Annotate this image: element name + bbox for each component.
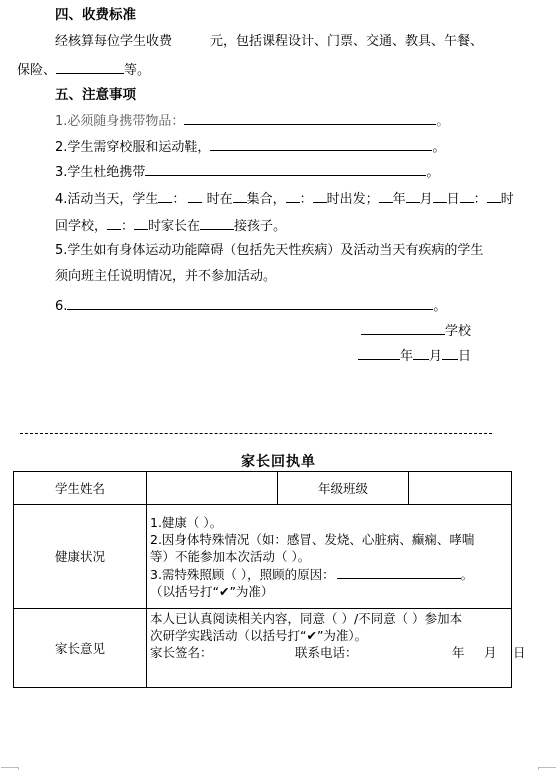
fees-text-c: 保险、: [17, 63, 56, 78]
health-option-2-line2: 等）不能参加本次活动（ ）。: [150, 548, 508, 565]
fees-text-line1: 经核算每位学生收费元，包括课程设计、门票、交通、教具、午餐、: [55, 33, 483, 51]
note-item-4-line2: 回学校，：时家长在接孩子。: [55, 216, 286, 236]
note-item-5-line2: 须向班主任说明情况，并不参加活动。: [55, 268, 276, 286]
fees-text-d: 等。: [124, 63, 150, 78]
parent-receipt-table: 学生姓名 年级班级 健康状况 1.健康（ ）。 2.因身体特殊情况（如：感冒、发…: [13, 471, 512, 688]
note-item-6: 6.。: [55, 296, 446, 316]
text: 月: [420, 192, 433, 207]
text: 集合，: [247, 192, 286, 207]
school-signature: 学校: [361, 321, 471, 341]
text: 时出发；: [327, 192, 379, 207]
health-option-3: 3.需特殊照顾（ ），照顾的原因：。: [150, 565, 508, 583]
return-month-blank[interactable]: [406, 189, 420, 203]
fees-text-line2: 保险、等。: [17, 60, 150, 80]
text: 时: [501, 192, 514, 207]
class-label: 年级班级: [278, 472, 409, 505]
note-item-3-label: 3.学生杜绝携带: [55, 165, 145, 180]
prohibited-items-blank[interactable]: [145, 162, 426, 176]
period: 。: [426, 165, 439, 180]
health-option-2-line1[interactable]: 2.因身体特殊情况（如：感冒、发烧、心脏病、癫痫、哮喘: [150, 531, 508, 548]
gather-minute-blank[interactable]: [188, 189, 202, 203]
parent-signature-label[interactable]: 家长签名：: [150, 644, 213, 661]
school-name-blank[interactable]: [361, 321, 445, 335]
period: 。: [432, 140, 445, 155]
text: 时在: [207, 192, 233, 207]
date-year: 年: [452, 644, 465, 661]
table-row: 健康状况 1.健康（ ）。 2.因身体特殊情况（如：感冒、发烧、心脏病、癫痫、哮…: [14, 505, 512, 609]
depart-hour-blank[interactable]: [286, 189, 300, 203]
text: 日: [458, 349, 471, 364]
sign-year-blank[interactable]: [358, 346, 400, 360]
pickup-place-blank[interactable]: [200, 216, 234, 230]
opinion-content: 本人已认真阅读相关内容，同意（ ）/不同意（ ）参加本 次研学实践活动（以括号打…: [147, 609, 512, 688]
receipt-title: 家长回执单: [0, 451, 557, 471]
health-content: 1.健康（ ）。 2.因身体特殊情况（如：感冒、发烧、心脏病、癫痫、哮喘 等）不…: [147, 505, 512, 609]
section-heading-notes: 五、注意事项: [55, 86, 136, 104]
section-heading-fees: 四、收费标准: [55, 6, 136, 24]
return-day-blank[interactable]: [433, 189, 447, 203]
class-input[interactable]: [409, 472, 512, 505]
health-check-note: （以括号打“✔”为准）: [150, 583, 508, 600]
note-item-1-label: 1.必须随身携带物品：: [55, 114, 184, 129]
fees-text-a: 经核算每位学生收费: [55, 34, 172, 49]
return-hour-blank[interactable]: [460, 189, 474, 203]
cut-line: [20, 433, 492, 434]
text: 6.: [55, 299, 67, 314]
gather-place-blank[interactable]: [233, 189, 247, 203]
return-minute-blank[interactable]: [487, 189, 501, 203]
text: 年: [393, 192, 406, 207]
table-row: 学生姓名 年级班级: [14, 472, 512, 505]
fees-other-blank[interactable]: [56, 60, 124, 74]
text: 回学校，: [55, 219, 107, 234]
text: 年: [400, 349, 413, 364]
sign-month-blank[interactable]: [413, 346, 429, 360]
text: 时家长在: [148, 219, 200, 234]
table-row: 家长意见 本人已认真阅读相关内容，同意（ ）/不同意（ ）参加本 次研学实践活动…: [14, 609, 512, 688]
phone-label[interactable]: 联系电话：: [295, 644, 358, 661]
gather-hour-blank[interactable]: [158, 189, 172, 203]
student-name-label: 学生姓名: [14, 472, 147, 505]
text[interactable]: 3.需特殊照顾（ ），照顾的原因：: [150, 567, 335, 582]
text: 4.活动当天，学生: [55, 192, 158, 207]
uniform-blank[interactable]: [210, 137, 432, 151]
opinion-text-line2: 次研学实践活动（以括号打“✔”为准）。: [150, 627, 508, 644]
opinion-label: 家长意见: [14, 609, 147, 688]
note-item-1: 1.必须随身携带物品：。: [55, 111, 449, 131]
fees-text-b: 元，包括课程设计、门票、交通、教具、午餐、: [210, 34, 483, 49]
note-item-5-line1: 5.学生如有身体运动功能障碍（包括先天性疾病）及活动当天有疾病的学生: [55, 242, 483, 260]
pickup-hour-blank[interactable]: [107, 216, 121, 230]
carry-items-blank[interactable]: [184, 111, 436, 125]
health-label: 健康状况: [14, 505, 147, 609]
text: ：: [172, 192, 185, 207]
text: ：: [121, 219, 134, 234]
special-care-reason-blank[interactable]: [337, 565, 461, 579]
pickup-minute-blank[interactable]: [134, 216, 148, 230]
note-item-2-label: 2.学生需穿校服和运动鞋，: [55, 140, 210, 155]
note-item-2: 2.学生需穿校服和运动鞋，。: [55, 137, 445, 157]
text: ：: [300, 192, 313, 207]
period: 。: [461, 567, 474, 582]
student-name-input[interactable]: [147, 472, 278, 505]
text: 接孩子。: [234, 219, 286, 234]
text: 日: [447, 192, 460, 207]
signature-date: 年月日: [358, 346, 471, 366]
period: 。: [436, 114, 449, 129]
period: 。: [433, 299, 446, 314]
text: ：: [474, 192, 487, 207]
health-option-1[interactable]: 1.健康（ ）。: [150, 514, 508, 531]
depart-minute-blank[interactable]: [313, 189, 327, 203]
note-item-4-line1: 4.活动当天，学生： 时在集合，：时出发；年月日：时: [55, 189, 514, 209]
note-6-blank[interactable]: [67, 296, 433, 310]
date-month: 月: [484, 644, 497, 661]
return-year-blank[interactable]: [379, 189, 393, 203]
date-day: 日: [513, 644, 526, 661]
sign-day-blank[interactable]: [442, 346, 458, 360]
opinion-signature-row: 家长签名： 联系电话： 年 月 日: [150, 644, 508, 661]
text: 学校: [445, 324, 471, 339]
opinion-text-line1[interactable]: 本人已认真阅读相关内容，同意（ ）/不同意（ ）参加本: [150, 610, 508, 627]
note-item-3: 3.学生杜绝携带。: [55, 162, 439, 182]
text: 月: [429, 349, 442, 364]
